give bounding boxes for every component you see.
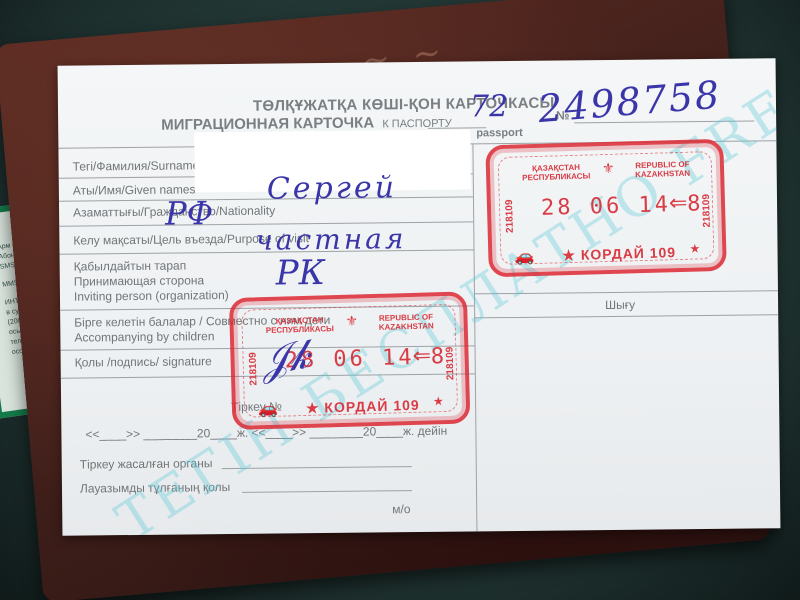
official-signature-label: Лауазымды тұлғаның қолы [80,480,230,496]
arrow-left-icon: ⇐ [669,190,688,217]
handwritten-purpose: частная [255,222,406,257]
exit-label: Шығу [605,298,635,312]
star-icon: ★ [433,394,444,408]
stamp-date-text: 28 06 14 [541,192,672,221]
registration-date-from: <<____>> ________20____ж. [85,426,248,442]
header-title-kz: ТӨЛҚҰЖАТҚА КӨШІ-ҚОН КАРТОЧКАСЫ [253,95,555,115]
handwritten-inviting-person: РК [276,253,326,294]
column-divider [472,143,477,531]
stamp-code: 218109 [701,194,713,228]
checkpoint-text: КОРДАЙ 109 [324,397,420,416]
stamp-checkpoint: ★ КОРДАЙ 109 [562,244,676,264]
checkpoint-text: КОРДАЙ 109 [581,244,677,263]
field-inviting-label: Қабылдайтын тарап Принимающая сторона In… [74,258,229,305]
emblem-icon: ⚜ [345,312,358,329]
entry-stamp: ҚАЗАҚСТАН РЕСПУБЛИКАСЫ ⚜ REPUBLIC OF KAZ… [485,139,727,278]
handwritten-signature: 𝒥𝓀 [257,331,314,385]
inviting-en: Inviting person (organization) [74,288,229,305]
inviting-ru: Принимающая сторона [74,273,229,290]
stamp-text: KAZAKHSTAN [379,321,434,332]
stamp-code: 218109 [504,199,516,233]
stamp-checkpoint: ★ КОРДАЙ 109 [306,397,420,417]
inviting-kz: Қабылдайтын тарап [74,258,229,275]
car-icon: 🚗 [258,399,278,420]
stamp-code: 218109 [248,352,260,386]
right-divider [474,314,778,318]
seal-label: м/о [392,502,410,516]
handwritten-series: 72 [470,89,509,124]
registration-authority-label: Тіркеу жасалған органы [80,456,213,471]
stamp-country-en: REPUBLIC OF KAZAKHSTAN [378,312,433,332]
stamp-country-kz: ҚАЗАҚСТАН РЕСПУБЛИКАСЫ [522,162,591,182]
official-signature-line [242,490,412,493]
passport-label: passport [476,127,523,139]
star-icon: ★ [689,241,700,255]
car-icon: 🚗 [514,246,534,267]
field-surname-label: Тегі/Фамилия/Surname [73,158,200,174]
stamp-country-en: REPUBLIC OF KAZAKHSTAN [635,160,690,180]
emblem-icon: ⚜ [602,160,615,177]
stamp-text: KAZAKHSTAN [635,169,690,180]
photo-scene: Арм Абон SMS (3 MMS (38 ИНТЕРНЕТ в сутки… [0,0,800,600]
authority-line [222,466,412,469]
stamp-code: 218109 [444,347,456,381]
field-signature-label: Қолы /подпись/ signature [75,354,212,370]
migration-card: ТӨЛҚҰЖАТҚА КӨШІ-ҚОН КАРТОЧКАСЫ МИГРАЦИОН… [58,58,781,535]
handwritten-card-number: 2498758 [536,73,722,132]
arrow-left-icon: ⇐ [412,342,431,369]
handwritten-nationality: РФ [165,194,213,233]
handwritten-given-name: Сергей [267,170,398,206]
stamp-text: РЕСПУБЛИКАСЫ [522,171,590,182]
right-divider [474,290,778,294]
